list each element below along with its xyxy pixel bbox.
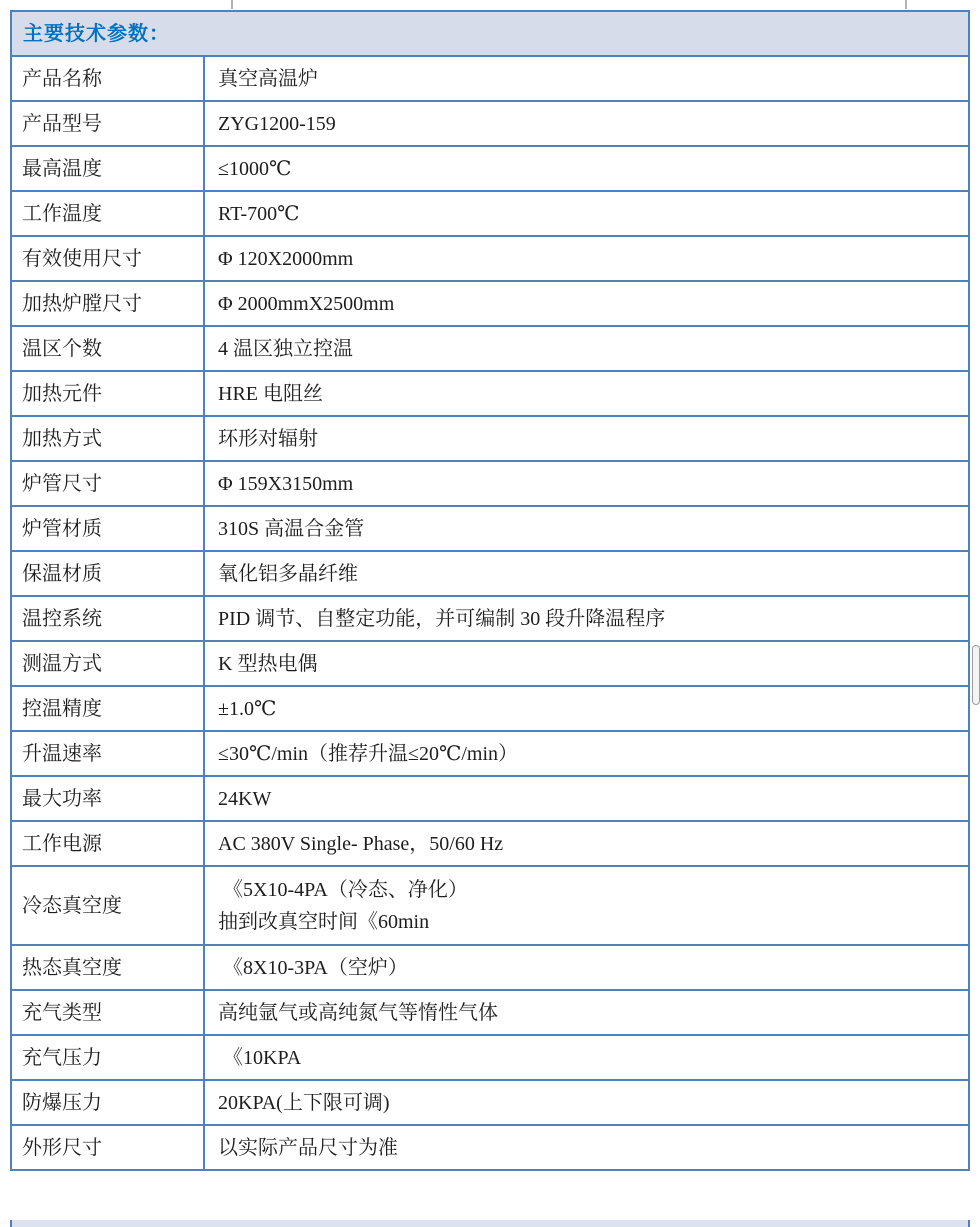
spec-row: 控温精度 ±1.0℃ (11, 686, 969, 731)
spec-row: 测温方式 K 型热电偶 (11, 641, 969, 686)
spec-row: 产品名称 真空高温炉 (11, 56, 969, 101)
spec-value-cell: 真空高温炉 (204, 56, 969, 101)
spec-row: 温控系统 PID 调节、自整定功能，并可编制 30 段升降温程序 (11, 596, 969, 641)
spec-label-cell: 炉管尺寸 (11, 461, 204, 506)
spec-value-cell: 以实际产品尺寸为准 (204, 1125, 969, 1170)
spec-value-cell: ≤1000℃ (204, 146, 969, 191)
spec-value-cell: 20KPA(上下限可调) (204, 1080, 969, 1125)
spec-row: 产品型号 ZYG1200-159 (11, 101, 969, 146)
spec-value-cell: 4 温区独立控温 (204, 326, 969, 371)
spec-row: 保温材质 氧化铝多晶纤维 (11, 551, 969, 596)
spec-value-cell: K 型热电偶 (204, 641, 969, 686)
spec-label-cell: 冷态真空度 (11, 866, 204, 945)
document-page: 主要技术参数： 产品名称 真空高温炉 产品型号 ZYG1200-159 最高温度… (0, 0, 980, 1227)
spec-row: 加热方式 环形对辐射 (11, 416, 969, 461)
table-header-row: 主要技术参数： (11, 11, 969, 56)
spec-label-cell: 保温材质 (11, 551, 204, 596)
column-guide-tick-right (905, 0, 907, 9)
spec-value-cell: 《5X10-4PA（冷态、净化） 抽到改真空时间《60min (204, 866, 969, 945)
spec-label-cell: 防爆压力 (11, 1080, 204, 1125)
spec-value-cell: Φ 120X2000mm (204, 236, 969, 281)
spec-label-cell: 有效使用尺寸 (11, 236, 204, 281)
spec-value-cell: Φ 2000mmX2500mm (204, 281, 969, 326)
spec-row: 工作温度 RT-700℃ (11, 191, 969, 236)
spec-value-cell: HRE 电阻丝 (204, 371, 969, 416)
spec-row: 充气压力 《10KPA (11, 1035, 969, 1080)
spec-value-cell: RT-700℃ (204, 191, 969, 236)
spec-row: 热态真空度 《8X10-3PA（空炉） (11, 945, 969, 990)
spec-value-cell: PID 调节、自整定功能，并可编制 30 段升降温程序 (204, 596, 969, 641)
spec-value-cell: 高纯氩气或高纯氮气等惰性气体 (204, 990, 969, 1035)
spec-label-cell: 热态真空度 (11, 945, 204, 990)
spec-row: 充气类型 高纯氩气或高纯氮气等惰性气体 (11, 990, 969, 1035)
spec-value-cell: 环形对辐射 (204, 416, 969, 461)
spec-label-cell: 加热元件 (11, 371, 204, 416)
spec-label-cell: 测温方式 (11, 641, 204, 686)
spec-row: 工作电源 AC 380V Single- Phase，50/60 Hz (11, 821, 969, 866)
spec-value-cell: 氧化铝多晶纤维 (204, 551, 969, 596)
table-title: 主要技术参数： (11, 11, 969, 56)
spec-value-cell: 《8X10-3PA（空炉） (204, 945, 969, 990)
spec-label-cell: 充气类型 (11, 990, 204, 1035)
spec-label-cell: 升温速率 (11, 731, 204, 776)
spec-label-cell: 工作温度 (11, 191, 204, 236)
spec-row: 炉管材质 310S 高温合金管 (11, 506, 969, 551)
spec-row: 升温速率 ≤30℃/min（推荐升温≤20℃/min） (11, 731, 969, 776)
spec-label-cell: 产品名称 (11, 56, 204, 101)
spec-row: 加热炉膛尺寸 Φ 2000mmX2500mm (11, 281, 969, 326)
spec-row: 外形尺寸 以实际产品尺寸为准 (11, 1125, 969, 1170)
spec-row: 温区个数 4 温区独立控温 (11, 326, 969, 371)
spec-value-cell: ±1.0℃ (204, 686, 969, 731)
spec-row: 最大功率 24KW (11, 776, 969, 821)
spec-value-cell: 310S 高温合金管 (204, 506, 969, 551)
spec-row: 加热元件 HRE 电阻丝 (11, 371, 969, 416)
spec-label-cell: 产品型号 (11, 101, 204, 146)
spec-label-cell: 加热方式 (11, 416, 204, 461)
spec-row: 冷态真空度 《5X10-4PA（冷态、净化） 抽到改真空时间《60min (11, 866, 969, 945)
column-guide-tick-left (231, 0, 233, 9)
spec-label-cell: 温控系统 (11, 596, 204, 641)
spec-label-cell: 最大功率 (11, 776, 204, 821)
spec-table-body: 产品名称 真空高温炉 产品型号 ZYG1200-159 最高温度 ≤1000℃ … (11, 56, 969, 1170)
spec-label-cell: 充气压力 (11, 1035, 204, 1080)
spec-label-cell: 外形尺寸 (11, 1125, 204, 1170)
next-row-partial (10, 1220, 970, 1227)
spec-label-cell: 工作电源 (11, 821, 204, 866)
spec-value-cell: Φ 159X3150mm (204, 461, 969, 506)
spec-value-cell: ZYG1200-159 (204, 101, 969, 146)
spec-value-cell: ≤30℃/min（推荐升温≤20℃/min） (204, 731, 969, 776)
spec-table: 主要技术参数： 产品名称 真空高温炉 产品型号 ZYG1200-159 最高温度… (10, 10, 970, 1171)
spec-value-cell: 24KW (204, 776, 969, 821)
spec-value-cell: AC 380V Single- Phase，50/60 Hz (204, 821, 969, 866)
spec-row: 有效使用尺寸 Φ 120X2000mm (11, 236, 969, 281)
spec-value-cell: 《10KPA (204, 1035, 969, 1080)
spec-label-cell: 加热炉膛尺寸 (11, 281, 204, 326)
spec-row: 最高温度 ≤1000℃ (11, 146, 969, 191)
spec-row: 防爆压力 20KPA(上下限可调) (11, 1080, 969, 1125)
vertical-scrollbar-thumb[interactable] (972, 645, 980, 705)
spec-label-cell: 控温精度 (11, 686, 204, 731)
spec-label-cell: 炉管材质 (11, 506, 204, 551)
spec-label-cell: 温区个数 (11, 326, 204, 371)
spec-label-cell: 最高温度 (11, 146, 204, 191)
spec-row: 炉管尺寸 Φ 159X3150mm (11, 461, 969, 506)
